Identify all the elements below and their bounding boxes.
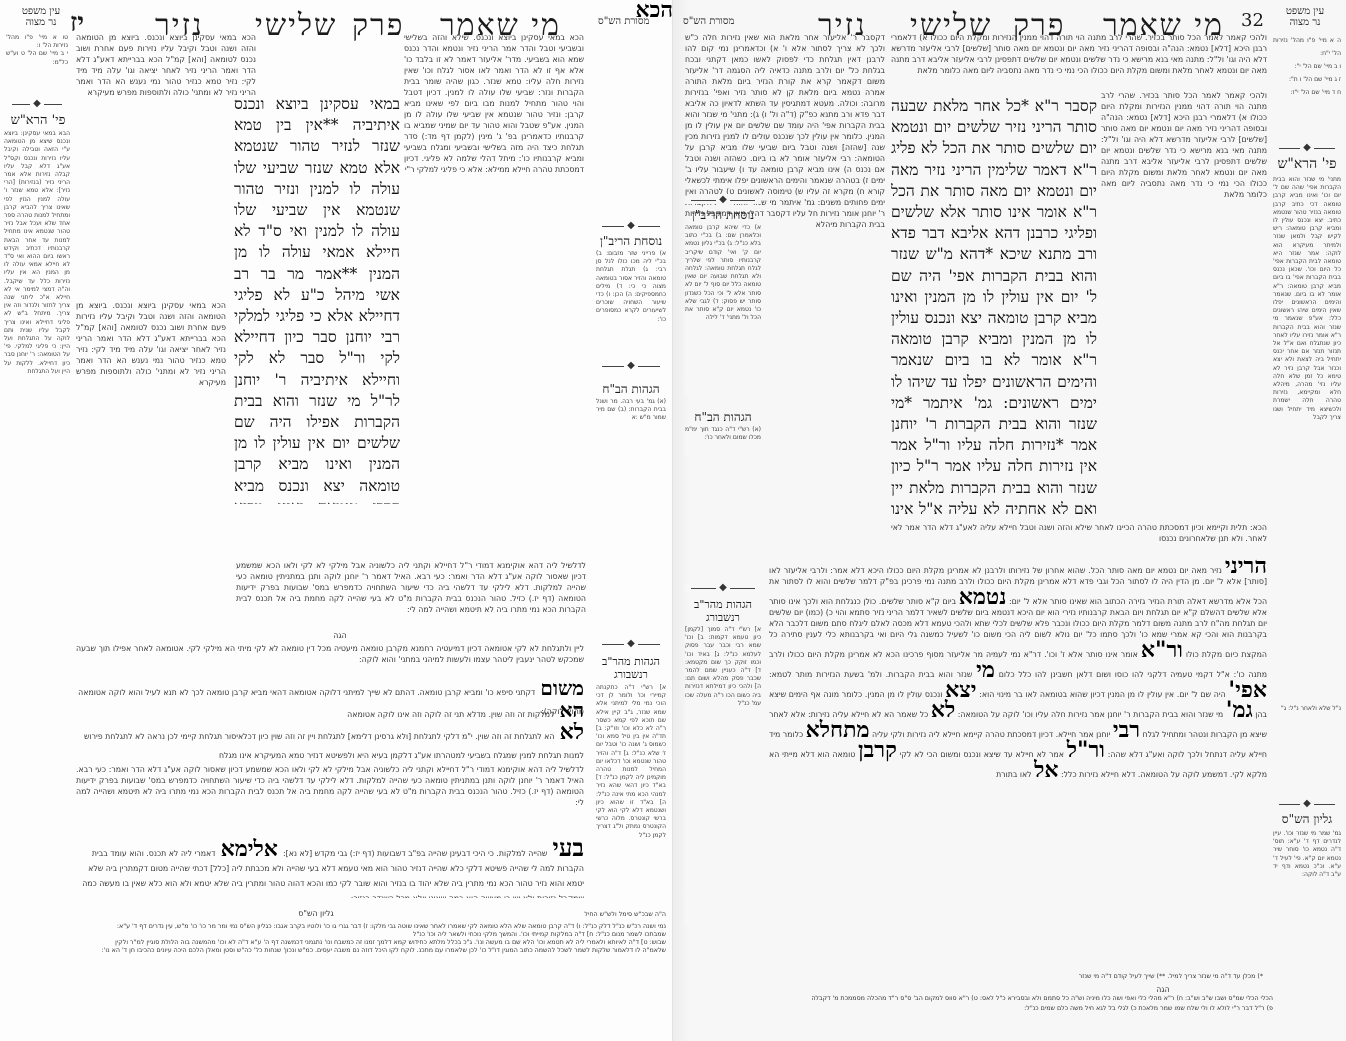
la-row: לא הא לתגלחת זה וזה שוין. י"מ דלקי לתגלח… [76,722,584,762]
ornament-divider: ◆ [1273,144,1341,152]
masoret-label: מסורת הש"ס [598,16,649,27]
footnote-line: ה"ה שבכ"ש סימל ולש"ש החיל וכו' וה"ס [584,910,666,919]
al-text: לאו בתורת [996,770,1032,779]
headword-mishum: משום [540,676,584,700]
chapter-number: שלישי [255,8,337,43]
mishum-row: משום דקתני סיפא כו' ומביא קרבן טומאה. דה… [76,678,584,698]
tosafot-lower-left: לדלשיל ליה דהא אוקימנא דמודי ר"ל דחיילא … [236,560,586,632]
footnote-line: *) מכלן עד ד"ה מי שנזר צריך למיל. **) שי… [813,972,1263,981]
gemara-mi-text: מי שנזר והוא בבית הקברות ר' יוחנן אמר נז… [958,710,1223,719]
right-page: מסורת הש"ס נזיר שלישי פרק מי שאמר 32 עין… [673,0,1346,1041]
ornament-divider: ◆ [685,584,761,592]
bein-text: שהייה למלקות. כי היכי דבעינן שהייה בפ"ב … [283,849,547,858]
headword-vereish: ור"ל [1067,737,1105,763]
hagahot-title: הגהות מהר"ב רנשבורג [685,598,761,624]
bach-title: הגהות הב"ח [596,382,666,397]
rashi-commentary-right: ולהכי קאמר לאמר הכל סותר בכזיר. שהרי לרב… [1101,90,1267,530]
ha-row: הא למלקות זה וזה שוין. מדלא תני זה לוקה … [76,700,584,720]
gilyon-text: גמ' שמר מי שנזר וכו'. עיין לנדרים דף ד' … [1273,830,1341,890]
gilyon-title: גליון הש"ס [1273,812,1341,827]
headword-mi: מי [976,657,995,683]
afilu-text: היה שם ל' יום. אין עולין לו מן המנין דכי… [979,690,1225,699]
mi-text: שנזר והוא בבית הקברות. ולמ' בשעת הנזירות… [769,670,972,679]
left-page: עין משפט נר מצוה יז נזיר שלישי פרק מי שא… [0,0,673,1041]
bach-text: (א) רש"י ד"ה כנגד תוך ימ"מ מכלו שמום ולא… [685,426,761,456]
headword-la: לא [931,697,955,723]
hagahot-text: א] רש"י ד"ה סמוך [לקמן] כיון טעמא דקמות:… [685,626,761,926]
masoret-label: מסורת הש"ס [683,16,734,27]
headword-rabbi: רבי [1113,717,1140,743]
tosafot-commentary-left: הכא במאי עסקינן ביוצא ונכנס. ביוצא מן הט… [76,32,256,300]
nuscha-text: א) פרייני שזר מזבום: ב) בכ"י ליה מכו כול… [596,250,666,336]
bach-title: הגהות הב"ח [685,410,761,425]
footnote-line: פ) ר"ל דבר ר"י לולא לו ולי שלח שמו שמר מ… [683,1004,1273,1013]
footnote-line: הכלי הכלי שמ"ס ושבו ש"ב וש"ב: ח) ר"א מהל… [683,994,1273,1003]
chapter-label: פרק [352,8,405,43]
headword-elima: אלימא [221,838,278,862]
headword-al: אל [1034,757,1058,783]
ornament-divider: ◆ [685,196,761,204]
bein-block: בעי שהייה למלקות. כי היכי דבעינן שהייה ב… [76,838,584,898]
la-text: הא לתגלחת זה וזה שוין. י"מ דלקי לתגלחת [… [84,732,584,760]
headword-ha: הא [560,698,584,722]
gemara-text-right: קסבר ר"א *כל אחר מלאת שבעה סותר הריני נז… [891,96,1097,521]
headword-bein: בעי [553,838,584,862]
ornament-divider: ◆ [1273,800,1341,808]
rosh-title: פי' הרא"ש [1273,156,1341,173]
ornament-divider: ◆ [596,640,666,648]
ornament-divider: ◆ [6,100,68,108]
nitma-text: ביום ק"א סותר שלשים. [879,597,956,606]
ha-text: למלקות זה וזה שוין. מדלא תני זה לוקה וזה… [347,710,554,719]
page-number: 32 [1241,10,1264,31]
headword-nitma: נטמא [959,584,1007,610]
headword-la: לא [560,722,584,745]
rosh-title: פי' הרא"ש [6,112,70,128]
headword-hareini: הריני [1225,556,1267,579]
tosafot-outer-column-left: הכא במאי עסקינן ביוצא ונכנס. ביוצא מן הט… [76,300,226,640]
gilyon-title-inline: גליון הש"ס [276,908,356,920]
gemara-text-left: במאי עסקינן ביוצא ונכנס איתיביה **אין בי… [234,94,400,504]
headword-gemara: גמ' [1226,697,1253,723]
nuscha-text: א) כדי שיהא קרבן טומאה וכלאמרן שם: ב) בכ… [685,224,761,394]
bach-text: (א) גמ' בעי רבה. מר ושנל בבית הקברות: (ב… [596,398,666,438]
ornament-divider: ◆ [596,362,666,370]
lower-commentary-block: הריני נזיר מאה יום נטמא יום מאה סותר הכל… [769,556,1267,956]
nuscha-title: נוסחת הריב"ן [685,208,761,223]
hagahot-title: הגהות מהר"ב רנשבורג [596,655,666,681]
nuscha-title: נוסחת הריב"ן [596,234,666,249]
ornament-divider: ◆ [596,222,666,230]
lower-block-left: ליין ולתגלחת לא לקי אטומאה דכיון דמיעטיה… [76,643,584,677]
ein-mishpat-title: עין משפט נר מצוה [10,6,72,28]
lower-commentary-right: הכא: תלית וקיימא וכיון דמסכתת טהרה הכיינ… [891,522,1267,552]
footnote-line: שלאמ"ה לו דלאמור שלקות לשמר לשכל להשמה כ… [0,946,666,955]
rosh-commentary: מתני' מי שנזר והוא בבית הקברות אפי' שהה … [1273,176,1341,596]
headword-vera: ור"א [1141,637,1183,663]
rosh-commentary: הבא במאי עסקינן: ביוצא ונכנס שיצא מן הטו… [4,130,70,960]
rashi-commentary-left: הכא במאי עסקינן ביוצא ונכנס. שילא והזה ב… [404,32,584,552]
gemara-headword-kasbar: קסבר [1065,97,1097,115]
headword-korban: קרבן [858,737,897,763]
ein-mishpat-notes: טו א מיי' פ"ו מהל' נזירות הל' ו: י ב מיי… [6,34,68,84]
ein-mishpat-title: עין משפט נר מצוה [1271,6,1339,28]
hagahot-text: א] רש"י ד"ה כתקנתה קמיירי וכו' ולומר לן … [596,684,666,896]
tosafot-upper-right: ולהכי קאמר לאמר הכל סותר בכזיר. שהרי לרב… [891,32,1267,88]
hagah-label-left: הגה [320,630,360,642]
tosafot-lower-wide-left: לדלשיל ליה דהא אוקימנא דמודי ר"ל דחיילא … [76,764,584,836]
margin-note: נ"ל שלא ולאחר נ"ל: ג" [1273,705,1341,717]
ein-mishpat-notes: ה א מיי' פ"ו מהל' נזירות הל' י"ח: ו ב מי… [1273,34,1341,124]
gemara-body-right: ר"א *כל אחר מלאת שבעה סותר הריני נזיר של… [891,97,1097,521]
